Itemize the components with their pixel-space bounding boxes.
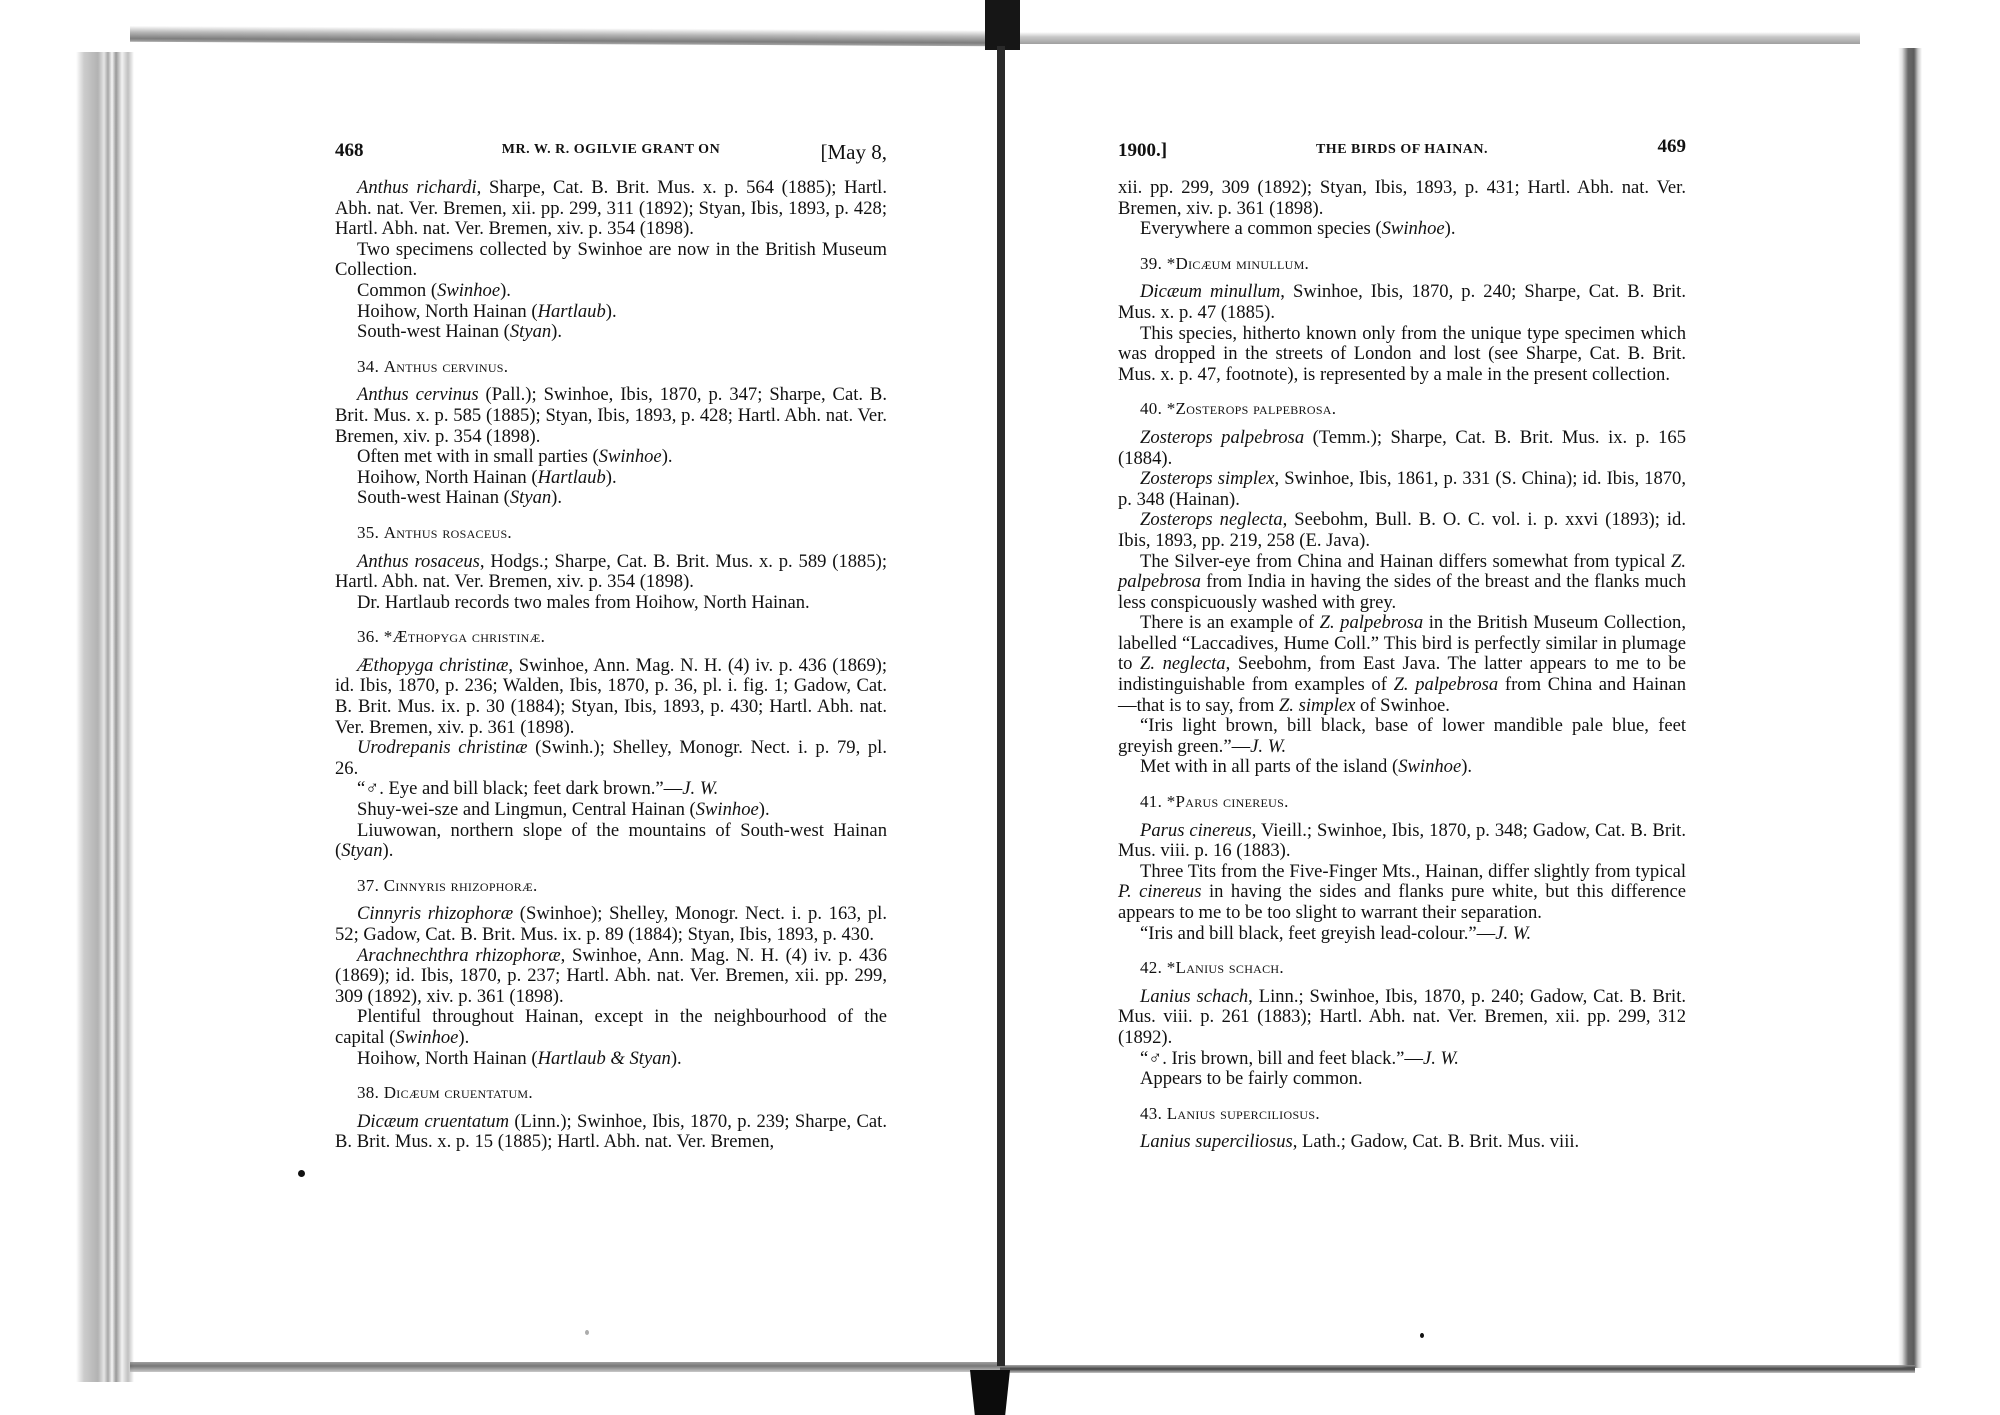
citation: Anthus cervinus (Pall.); Swinhoe, Ibis, … [335,385,887,447]
citation: Zosterops simplex, Swinhoe, Ibis, 1861, … [1118,469,1686,510]
right-page: 1900.] THE BIRDS OF HAINAN. 469 xii. pp.… [1118,140,1686,1153]
paragraph: Hoihow, North Hainan (Hartlaub). [335,468,887,489]
species-heading: 41. *Parus cinereus. [1140,792,1686,813]
citation: Anthus rosaceus, Hodgs.; Sharpe, Cat. B.… [335,552,887,593]
citation: Dicæum cruentatum (Linn.); Swinhoe, Ibis… [335,1112,887,1153]
species-heading: 34. Anthus cervinus. [357,357,887,378]
book-bottom-edge-right [1000,1365,1915,1373]
paragraph: Liuwowan, northern slope of the mountain… [335,821,887,862]
paragraph: “Iris light brown, bill black, base of l… [1118,716,1686,757]
book-bottom-edge-left [130,1362,1000,1372]
species-number: 39. [1140,254,1167,273]
species-number: 40. [1140,399,1167,418]
paragraph: Three Tits from the Five-Finger Mts., Ha… [1118,862,1686,924]
paragraph: Everywhere a common species (Swinhoe). [1118,219,1686,240]
species-name: Lanius superciliosus. [1167,1104,1320,1123]
species-number: 41. [1140,792,1167,811]
paragraph: “♂. Eye and bill black; feet dark brown.… [335,779,887,800]
species-heading: 36. *Æthopyga christinæ. [357,627,887,648]
text-block: xii. pp. 299, 309 (1892); Styan, Ibis, 1… [1118,178,1686,1153]
paragraph: xii. pp. 299, 309 (1892); Styan, Ibis, 1… [1118,178,1686,219]
page-number: 469 [1658,136,1687,158]
paragraph: Hoihow, North Hainan (Hartlaub & Styan). [335,1049,887,1070]
species-name: Anthus cervinus. [384,357,509,376]
speck [1420,1333,1424,1338]
species-heading: 37. Cinnyris rhizophoræ. [357,876,887,897]
paragraph: Met with in all parts of the island (Swi… [1118,757,1686,778]
citation: Anthus richardi, Sharpe, Cat. B. Brit. M… [335,178,887,240]
citation: Lanius schach, Linn.; Swinhoe, Ibis, 187… [1118,987,1686,1049]
species-name: Cinnyris rhizophoræ. [384,876,538,895]
species-name: Lanius schach. [1176,958,1284,977]
species-name: Dicæum cruentatum. [384,1083,533,1102]
species-number: 37. [357,876,384,895]
species-heading: 43. Lanius superciliosus. [1140,1104,1686,1125]
running-head: 1900.] THE BIRDS OF HAINAN. 469 [1118,140,1686,164]
paragraph: Appears to be fairly common. [1118,1069,1686,1090]
speck [585,1330,589,1335]
citation: Cinnyris rhizophoræ (Swinhoe); Shelley, … [335,904,887,945]
species-heading: 38. Dicæum cruentatum. [357,1083,887,1104]
paragraph: Plentiful throughout Hainan, except in t… [335,1007,887,1048]
book-top-edge-right [1000,32,1860,44]
species-name: Æthopyga christinæ. [393,627,546,646]
paragraph: South-west Hainan (Styan). [335,322,887,343]
running-title: MR. W. R. OGILVIE GRANT ON [335,142,887,158]
citation: Zosterops palpebrosa (Temm.); Sharpe, Ca… [1118,428,1686,469]
new-record-mark: * [1167,792,1176,811]
binding-bottom [970,1370,1010,1415]
species-name: Zosterops palpebrosa. [1176,399,1337,418]
species-number: 43. [1140,1104,1167,1123]
species-name: Parus cinereus. [1176,792,1289,811]
species-heading: 42. *Lanius schach. [1140,958,1686,979]
page-stack-left [76,52,134,1382]
paragraph: South-west Hainan (Styan). [335,488,887,509]
running-date: [May 8, [821,140,888,165]
citation: Urodrepanis christinæ (Swinh.); Shelley,… [335,738,887,779]
species-heading: 39. *Dicæum minullum. [1140,254,1686,275]
species-name: Anthus rosaceus. [384,523,512,542]
left-page: 468 MR. W. R. OGILVIE GRANT ON [May 8, A… [335,140,887,1153]
paragraph: Hoihow, North Hainan (Hartlaub). [335,302,887,323]
species-number: 34. [357,357,384,376]
book-gutter [997,46,1005,1366]
paragraph: The Silver-eye from China and Hainan dif… [1118,552,1686,614]
margin-dot [298,1170,305,1177]
paragraph: Dr. Hartlaub records two males from Hoih… [335,593,887,614]
text-block: Anthus richardi, Sharpe, Cat. B. Brit. M… [335,178,887,1153]
citation: Dicæum minullum, Swinhoe, Ibis, 1870, p.… [1118,282,1686,323]
binding-top [985,0,1020,50]
species-number: 42. [1140,958,1167,977]
citation: Lanius superciliosus, Lath.; Gadow, Cat.… [1118,1132,1686,1153]
new-record-mark: * [1167,958,1176,977]
paragraph: Shuy-wei-sze and Lingmun, Central Hainan… [335,800,887,821]
new-record-mark: * [384,627,393,646]
new-record-mark: * [1167,399,1176,418]
paragraph: “♂. Iris brown, bill and feet black.”—J.… [1118,1049,1686,1070]
paragraph: Often met with in small parties (Swinhoe… [335,447,887,468]
species-name: Dicæum minullum. [1176,254,1310,273]
paragraph: Common (Swinhoe). [335,281,887,302]
citation: Parus cinereus, Vieill.; Swinhoe, Ibis, … [1118,821,1686,862]
paragraph: This species, hitherto known only from t… [1118,324,1686,386]
new-record-mark: * [1167,254,1176,273]
running-title: THE BIRDS OF HAINAN. [1118,142,1686,158]
paragraph: Two specimens collected by Swinhoe are n… [335,240,887,281]
citation: Æthopyga christinæ, Swinhoe, Ann. Mag. N… [335,656,887,738]
paragraph: “Iris and bill black, feet greyish lead-… [1118,924,1686,945]
paragraph: There is an example of Z. palpebrosa in … [1118,613,1686,716]
species-heading: 35. Anthus rosaceus. [357,523,887,544]
species-number: 36. [357,627,384,646]
page-stack-right [1898,48,1922,1368]
citation: Zosterops neglecta, Seebohm, Bull. B. O.… [1118,510,1686,551]
species-number: 38. [357,1083,384,1102]
species-heading: 40. *Zosterops palpebrosa. [1140,399,1686,420]
citation: Arachnechthra rhizophoræ, Swinhoe, Ann. … [335,946,887,1008]
species-number: 35. [357,523,384,542]
running-head: 468 MR. W. R. OGILVIE GRANT ON [May 8, [335,140,887,164]
